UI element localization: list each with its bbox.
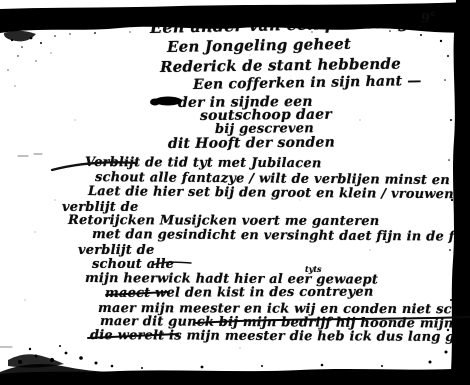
superscript-word: tyts bbox=[305, 264, 322, 274]
manuscript-line-18: maect wel den kist in des contreyen bbox=[105, 285, 374, 301]
folio-number: 9° bbox=[420, 10, 437, 27]
scanned-manuscript: Een ander van een personagie Een Jongeli… bbox=[0, 0, 470, 385]
manuscript-line-4: Een cofferken in sijn hant — bbox=[193, 73, 422, 93]
manuscript-line-8: dit Hooft der sonden bbox=[168, 135, 335, 152]
handwritten-text-block: Een ander van een personagie Een Jongeli… bbox=[0, 0, 470, 385]
manuscript-line-21: die werelt is mijn meester die heb ick d… bbox=[90, 328, 470, 345]
manuscript-line-9: Verblijt de tid tyt met Jubilacen bbox=[85, 155, 322, 171]
manuscript-line-1: Een ander van een personagie bbox=[150, 12, 426, 37]
manuscript-line-3: Rederick de stant hebbende bbox=[160, 55, 401, 76]
manuscript-line-2: Een Jongeling geheet bbox=[167, 35, 351, 56]
manuscript-line-15: verblijt de bbox=[78, 243, 154, 258]
manuscript-line-11: Laet die hier set bij den groot en klein… bbox=[88, 184, 470, 203]
manuscript-line-16: schout alle bbox=[92, 257, 174, 272]
